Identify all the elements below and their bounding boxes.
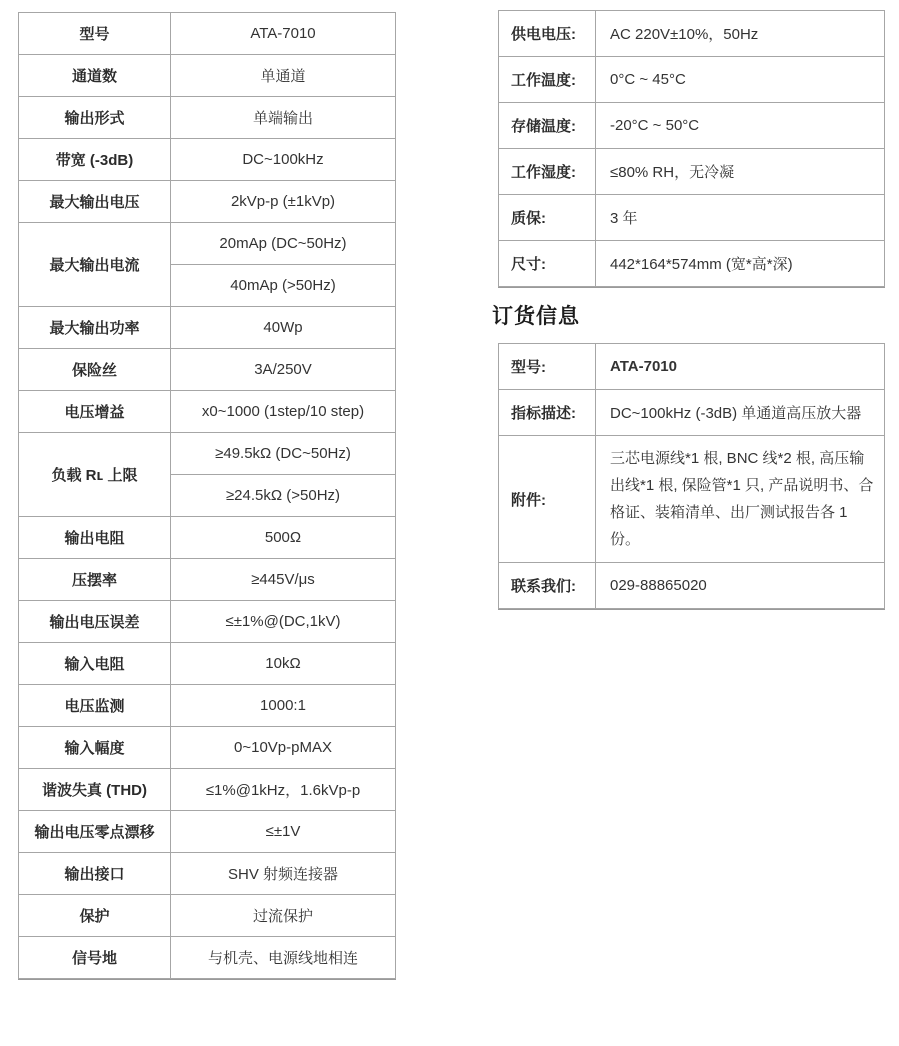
contact-phone: 029-88865020 (596, 563, 885, 609)
order-info-table: 型号: ATA-7010 指标描述: DC~100kHz (-3dB) 单通道高… (498, 343, 885, 609)
spec-label-max-output-power: 最大输出功率 (19, 307, 171, 349)
spec-value-model: ATA-7010 (171, 13, 396, 55)
env-label-warranty: 质保: (499, 195, 596, 241)
spec-label-output-voltage-error: 输出电压误差 (19, 601, 171, 643)
table-row: 质保: 3 年 (499, 195, 885, 241)
spec-label-slew-rate: 压摆率 (19, 559, 171, 601)
spec-label-voltage-gain: 电压增益 (19, 391, 171, 433)
table-row: 存储温度: -20°C ~ 50°C (499, 103, 885, 149)
spec-value-max-output-voltage: 2kVp-p (±1kVp) (171, 181, 396, 223)
spec-value-output-voltage-error: ≤±1%@(DC,1kV) (171, 601, 396, 643)
spec-value-max-output-current-2: 40mAp (>50Hz) (171, 265, 396, 307)
env-label-supply-voltage: 供电电压: (499, 11, 596, 57)
spec-value-protection: 过流保护 (171, 895, 396, 937)
spec-label-channels: 通道数 (19, 55, 171, 97)
spec-value-thd: ≤1%@1kHz，1.6kVp-p (171, 769, 396, 811)
table-row: 保护 过流保护 (19, 895, 396, 937)
spec-value-voltage-monitor: 1000:1 (171, 685, 396, 727)
spec-label-model: 型号 (19, 13, 171, 55)
table-row: 通道数 单通道 (19, 55, 396, 97)
spec-value-slew-rate: ≥445V/μs (171, 559, 396, 601)
table-row: 信号地 与机壳、电源线地相连 (19, 937, 396, 979)
order-value-description: DC~100kHz (-3dB) 单通道高压放大器 (596, 390, 885, 436)
env-value-dimensions: 442*164*574mm (宽*高*深) (596, 241, 885, 287)
right-column: 供电电压: AC 220V±10%，50Hz 工作温度: 0°C ~ 45°C … (498, 10, 884, 609)
spec-value-max-output-power: 40Wp (171, 307, 396, 349)
spec-value-channels: 单通道 (171, 55, 396, 97)
spec-value-output-form: 单端输出 (171, 97, 396, 139)
order-label-contact: 联系我们: (499, 563, 596, 609)
spec-section: 型号 ATA-7010 通道数 单通道 输出形式 单端输出 带宽 (-3dB) … (18, 12, 396, 979)
spec-label-input-resistance: 输入电阻 (19, 643, 171, 685)
spec-label-input-amplitude: 输入幅度 (19, 727, 171, 769)
spec-value-input-resistance: 10kΩ (171, 643, 396, 685)
table-row: 型号: ATA-7010 (499, 344, 885, 390)
env-value-supply-voltage: AC 220V±10%，50Hz (596, 11, 885, 57)
table-row: 型号 ATA-7010 (19, 13, 396, 55)
order-info-heading: 订货信息 (492, 300, 884, 330)
table-row: 压摆率 ≥445V/μs (19, 559, 396, 601)
table-row: 指标描述: DC~100kHz (-3dB) 单通道高压放大器 (499, 390, 885, 436)
spec-value-voltage-gain: x0~1000 (1step/10 step) (171, 391, 396, 433)
env-value-operating-temp: 0°C ~ 45°C (596, 57, 885, 103)
spec-label-thd: 谐波失真 (THD) (19, 769, 171, 811)
table-row: 输出电阻 500Ω (19, 517, 396, 559)
order-label-accessories: 附件: (499, 436, 596, 563)
table-row: 保险丝 3A/250V (19, 349, 396, 391)
table-row: 最大输出电压 2kVp-p (±1kVp) (19, 181, 396, 223)
table-row: 联系我们: 029-88865020 (499, 563, 885, 609)
order-label-model: 型号: (499, 344, 596, 390)
spec-value-bandwidth: DC~100kHz (171, 139, 396, 181)
table-row: 附件: 三芯电源线*1 根, BNC 线*2 根, 高压输出线*1 根, 保险管… (499, 436, 885, 563)
spec-label-max-output-current: 最大输出电流 (19, 223, 171, 307)
table-row: 负载 Rʟ 上限 ≥49.5kΩ (DC~50Hz) (19, 433, 396, 475)
spec-label-output-connector: 输出接口 (19, 853, 171, 895)
table-row: 谐波失真 (THD) ≤1%@1kHz，1.6kVp-p (19, 769, 396, 811)
env-label-operating-temp: 工作温度: (499, 57, 596, 103)
spec-table: 型号 ATA-7010 通道数 单通道 输出形式 单端输出 带宽 (-3dB) … (18, 12, 396, 979)
env-label-storage-temp: 存储温度: (499, 103, 596, 149)
spec-value-load-limit-2: ≥24.5kΩ (>50Hz) (171, 475, 396, 517)
table-row: 输出电压零点漂移 ≤±1V (19, 811, 396, 853)
table-row: 工作湿度: ≤80% RH，无冷凝 (499, 149, 885, 195)
environment-table: 供电电压: AC 220V±10%，50Hz 工作温度: 0°C ~ 45°C … (498, 10, 885, 287)
spec-value-zero-drift: ≤±1V (171, 811, 396, 853)
table-row: 最大输出电流 20mAp (DC~50Hz) (19, 223, 396, 265)
spec-value-output-connector: SHV 射频连接器 (171, 853, 396, 895)
spec-label-fuse: 保险丝 (19, 349, 171, 391)
table-row: 输入电阻 10kΩ (19, 643, 396, 685)
table-row: 输入幅度 0~10Vp-pMAX (19, 727, 396, 769)
order-value-model: ATA-7010 (596, 344, 885, 390)
order-label-description: 指标描述: (499, 390, 596, 436)
env-value-storage-temp: -20°C ~ 50°C (596, 103, 885, 149)
order-value-accessories: 三芯电源线*1 根, BNC 线*2 根, 高压输出线*1 根, 保险管*1 只… (596, 436, 885, 563)
spec-label-signal-ground: 信号地 (19, 937, 171, 979)
spec-value-fuse: 3A/250V (171, 349, 396, 391)
spec-value-max-output-current-1: 20mAp (DC~50Hz) (171, 223, 396, 265)
spec-label-bandwidth: 带宽 (-3dB) (19, 139, 171, 181)
spec-label-protection: 保护 (19, 895, 171, 937)
env-label-dimensions: 尺寸: (499, 241, 596, 287)
table-row: 供电电压: AC 220V±10%，50Hz (499, 11, 885, 57)
table-row: 工作温度: 0°C ~ 45°C (499, 57, 885, 103)
table-row: 电压增益 x0~1000 (1step/10 step) (19, 391, 396, 433)
spec-value-load-limit-1: ≥49.5kΩ (DC~50Hz) (171, 433, 396, 475)
spec-label-output-form: 输出形式 (19, 97, 171, 139)
table-row: 输出接口 SHV 射频连接器 (19, 853, 396, 895)
table-row: 输出形式 单端输出 (19, 97, 396, 139)
spec-label-max-output-voltage: 最大输出电压 (19, 181, 171, 223)
spec-label-zero-drift: 输出电压零点漂移 (19, 811, 171, 853)
spec-label-output-resistance: 输出电阻 (19, 517, 171, 559)
spec-label-load-limit: 负载 Rʟ 上限 (19, 433, 171, 517)
table-row: 带宽 (-3dB) DC~100kHz (19, 139, 396, 181)
table-row: 尺寸: 442*164*574mm (宽*高*深) (499, 241, 885, 287)
spec-value-input-amplitude: 0~10Vp-pMAX (171, 727, 396, 769)
table-row: 输出电压误差 ≤±1%@(DC,1kV) (19, 601, 396, 643)
table-row: 最大输出功率 40Wp (19, 307, 396, 349)
spec-value-signal-ground: 与机壳、电源线地相连 (171, 937, 396, 979)
env-value-humidity: ≤80% RH，无冷凝 (596, 149, 885, 195)
env-label-humidity: 工作湿度: (499, 149, 596, 195)
table-row: 电压监测 1000:1 (19, 685, 396, 727)
spec-label-voltage-monitor: 电压监测 (19, 685, 171, 727)
spec-value-output-resistance: 500Ω (171, 517, 396, 559)
env-value-warranty: 3 年 (596, 195, 885, 241)
